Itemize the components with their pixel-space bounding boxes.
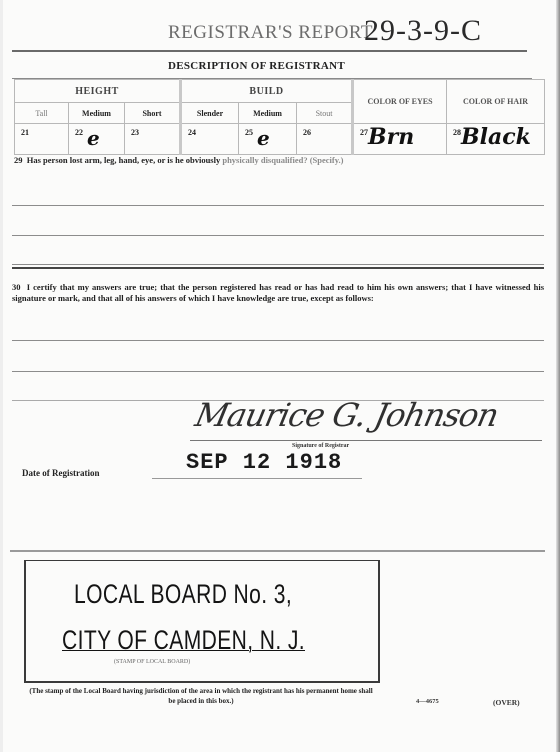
question-30-number: 30 [12, 282, 21, 292]
question-30-text: I certify that my answers are true; that… [12, 282, 544, 303]
local-board-stamp-box: LOCAL BOARD No. 3, CITY OF CAMDEN, N. J.… [24, 560, 380, 683]
build-group-header: BUILD [181, 80, 353, 103]
registration-date-line [152, 478, 362, 479]
stamp-section-divider [10, 550, 545, 552]
height-group-header: HEIGHT [15, 80, 181, 103]
answer-line-29-2 [12, 235, 544, 236]
short-header: Short [125, 103, 181, 124]
field-number: 27 [360, 128, 368, 137]
eye-color-cell: 27 Brn [353, 124, 447, 155]
signature-line [190, 440, 542, 441]
field-number: 23 [131, 128, 139, 137]
medium-build-header: Medium [239, 103, 297, 124]
answer-line-30-2 [12, 371, 544, 372]
stout-cell: 26 [297, 124, 353, 155]
tall-header: Tall [15, 103, 69, 124]
signature-caption: Signature of Registrar [292, 443, 349, 449]
field-number: 28 [453, 128, 461, 137]
stamp-box-label: (STAMP OF LOCAL BOARD) [114, 659, 190, 665]
question-29-number: 29 [14, 155, 23, 165]
card-right-edge [556, 0, 560, 752]
field-number: 26 [303, 128, 311, 137]
medium-height-cell: 22 e [69, 124, 125, 155]
field-number: 25 [245, 128, 253, 137]
handwritten-mark: e [257, 126, 270, 150]
answer-line-29-1 [12, 205, 544, 206]
medium-height-header: Medium [69, 103, 125, 124]
handwritten-mark: e [87, 126, 100, 150]
serial-number: 29-3-9-C [364, 14, 482, 48]
field-number: 24 [188, 128, 196, 137]
registrar-signature: Maurice G. Johnson [192, 396, 501, 434]
hair-color-cell: 28 Black [447, 124, 545, 155]
handwritten-eye-color: Brn [368, 124, 414, 150]
eye-color-header: COLOR OF EYES [353, 80, 447, 124]
stamp-instructions: (The stamp of the Local Board having jur… [26, 686, 376, 706]
header-divider [12, 50, 527, 52]
tall-cell: 21 [15, 124, 69, 155]
hair-color-header: COLOR OF HAIR [447, 80, 545, 124]
answer-line-30-1 [12, 340, 544, 341]
field-number: 21 [21, 128, 29, 137]
registration-date-label: Date of Registration [22, 468, 99, 478]
report-title: REGISTRAR'S REPORT [168, 22, 373, 44]
section-divider-29 [12, 267, 544, 269]
description-table: HEIGHT BUILD COLOR OF EYES COLOR OF HAIR… [14, 79, 545, 155]
card-left-edge [0, 0, 3, 752]
stamp-city: CITY OF CAMDEN, N. J. [62, 625, 305, 656]
registration-card: REGISTRAR'S REPORT 29-3-9-C DESCRIPTION … [0, 0, 560, 752]
form-number: 4—4675 [416, 698, 439, 705]
question-30: 30 I certify that my answers are true; t… [12, 282, 544, 304]
field-number: 22 [75, 128, 83, 137]
medium-build-cell: 25 e [239, 124, 297, 155]
stamp-board-number: LOCAL BOARD No. 3, [74, 579, 292, 610]
answer-line-29-3 [12, 264, 544, 265]
slender-cell: 24 [181, 124, 239, 155]
stout-header: Stout [297, 103, 353, 124]
section-title: DESCRIPTION OF REGISTRANT [168, 60, 345, 72]
registration-date-stamp: SEP 12 1918 [186, 450, 342, 475]
handwritten-hair-color: Black [461, 124, 531, 150]
slender-header: Slender [181, 103, 239, 124]
question-29: 29 Has person lost arm, leg, hand, eye, … [14, 155, 544, 165]
short-cell: 23 [125, 124, 181, 155]
over-indicator: (OVER) [493, 698, 520, 707]
question-29-text-faded: physically disqualified? (Specify.) [222, 155, 343, 165]
report-header: REGISTRAR'S REPORT 29-3-9-C [160, 14, 540, 50]
question-29-text: Has person lost arm, leg, hand, eye, or … [27, 155, 223, 165]
